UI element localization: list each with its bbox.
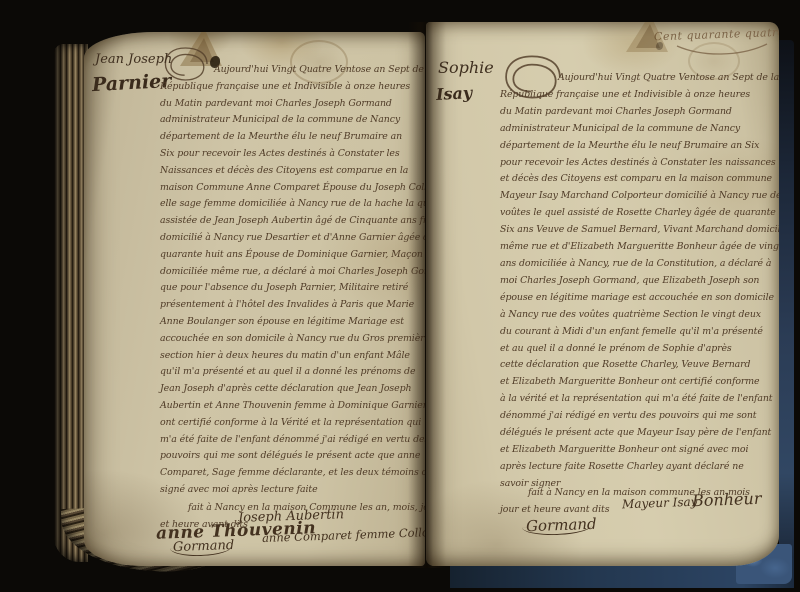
- handwritten-text-line: épouse en légitime mariage est accouchée…: [500, 290, 768, 307]
- handwritten-text-line: moi Charles Joseph Gormand, que Elizabet…: [500, 273, 768, 290]
- handwritten-text-line: République française une et Indivisible …: [500, 87, 768, 104]
- handwritten-text-line: signé avec moi après lecture faite: [160, 482, 425, 499]
- handwritten-text-line: et au quel il a donné le prénom de Sophi…: [500, 341, 768, 358]
- handwritten-text-line: section hier à deux heures du matin d'un…: [160, 348, 425, 365]
- handwritten-text-line: administrateur Municipal de la commune d…: [160, 112, 425, 129]
- handwritten-text-line: Six ans Veuve de Samuel Bernard, Vivant …: [500, 222, 768, 239]
- margin-family-name: Isay: [436, 83, 473, 104]
- handwritten-text-line: dénommé j'ai rédigé en vertu des pouvoir…: [500, 408, 768, 425]
- signature-bonheur: Bonheur: [692, 489, 762, 510]
- handwritten-text-line: après lecture faite Rosette Charley ayan…: [500, 459, 768, 476]
- handwritten-text-line: à la vérité et la représentation qui m'a…: [500, 391, 768, 408]
- manuscript-register-photo: Jean Joseph Parnier Aujourd'hui Vingt Qu…: [0, 0, 800, 592]
- handwritten-text-line: et décès des Citoyens est comparu en la …: [500, 171, 768, 188]
- folio-number: Cent quarante quatre: [654, 26, 779, 44]
- handwritten-text-line: Jean Joseph d'après cette déclaration qu…: [160, 381, 425, 398]
- handwritten-text-line: assistée de Jean Joseph Aubertin âgé de …: [160, 213, 425, 230]
- book-cover-edge-right: [779, 40, 794, 582]
- handwritten-text-line: Aubertin et Anne Thouvenin femme à Domin…: [160, 398, 425, 415]
- left-page: Jean Joseph Parnier Aujourd'hui Vingt Qu…: [84, 32, 425, 566]
- handwritten-text-line: elle sage femme domiciliée à Nancy rue d…: [160, 196, 425, 213]
- handwritten-text-line: ans domiciliée à Nancy, rue de la Consti…: [500, 256, 768, 273]
- handwritten-text-line: et Elizabeth Margueritte Bonheur ont cer…: [500, 374, 768, 391]
- margin-child-name-line1: Sophie: [438, 58, 494, 77]
- handwritten-text-line: que pour l'absence du Joseph Parnier, Mi…: [160, 280, 425, 297]
- signature-mayeur-isay: Mayeur Isay: [622, 495, 698, 512]
- handwritten-text-line: du Matin pardevant moi Charles Joseph Go…: [500, 104, 768, 121]
- handwritten-text-line: ont certifié conforme à la Vérité et la …: [160, 415, 425, 432]
- handwritten-text-line: m'a été faite de l'enfant dénommé j'ai r…: [160, 432, 425, 449]
- handwritten-text-line: département de la Meurthe élu le neuf Br…: [160, 129, 425, 146]
- handwritten-text-line: département de la Meurthe élu le neuf Br…: [500, 138, 768, 155]
- right-page: Cent quarante quatre Sophie Isay Aujourd…: [426, 22, 779, 566]
- handwritten-text-line: Mayeur Isay Marchand Colporteur domicili…: [500, 188, 768, 205]
- handwritten-text-line: voûtes le quel assisté de Rosette Charle…: [500, 205, 768, 222]
- handwritten-text-line: pouvoirs qui me sont délégués le présent…: [160, 448, 425, 465]
- handwritten-text-line: domicilié à Nancy rue Desartier et d'Ann…: [160, 230, 425, 247]
- handwritten-text-line: Comparet, Sage femme déclarante, et les …: [160, 465, 425, 482]
- handwritten-text-line: accouchée en son domicile à Nancy rue du…: [160, 331, 425, 348]
- handwritten-text-line: quarante huit ans Épouse de Dominique Ga…: [160, 247, 425, 264]
- page-stack-edge-left: [54, 44, 88, 562]
- handwritten-text-line: Aujourd'hui Vingt Quatre Ventose an Sept…: [500, 70, 768, 87]
- handwritten-text-line: du courant à Midi d'un enfant femelle qu…: [500, 324, 768, 341]
- handwritten-text-line: présentement à l'hôtel des Invalides à P…: [160, 297, 425, 314]
- handwritten-text-line: République française une et Indivisible …: [160, 79, 425, 96]
- handwritten-text-line: administrateur Municipal de la commune d…: [500, 121, 768, 138]
- handwritten-text-line: pour recevoir les Actes destinés à Const…: [500, 155, 768, 172]
- handwritten-text-line: cette déclaration que Rosette Charley, V…: [500, 357, 768, 374]
- handwritten-text-line: à Nancy rue des voûtes quatrième Section…: [500, 307, 768, 324]
- handwritten-text-line: maison Commune Anne Comparet Épouse du J…: [160, 180, 425, 197]
- signature-underline: [170, 546, 232, 557]
- handwritten-text-line: Naissances et décès des Citoyens est com…: [160, 163, 425, 180]
- handwritten-text-line: même rue et d'Elizabeth Margueritte Bonh…: [500, 239, 768, 256]
- handwritten-text-line: et Elizabeth Margueritte Bonheur ont sig…: [500, 442, 768, 459]
- handwritten-text-line: Aujourd'hui Vingt Quatre Ventose an Sept…: [160, 62, 425, 79]
- handwritten-text-line: Anne Boulanger son épouse en légitime Ma…: [160, 314, 425, 331]
- handwritten-text-line: qu'il m'a présenté et au quel il a donné…: [160, 364, 425, 381]
- handwritten-text-line: du Matin pardevant moi Charles Joseph Go…: [160, 96, 425, 113]
- handwritten-text-line: domiciliée même rue, a déclaré à moi Cha…: [160, 264, 425, 281]
- birth-act-text-right: Aujourd'hui Vingt Quatre Ventose an Sept…: [500, 70, 768, 493]
- handwritten-text-line: délégués le présent acte que Mayeur Isay…: [500, 425, 768, 442]
- handwritten-text-line: Six pour recevoir les Actes destinés à C…: [160, 146, 425, 163]
- tax-stamp-triangle: [626, 22, 668, 52]
- birth-act-text-left: Aujourd'hui Vingt Quatre Ventose an Sept…: [160, 62, 425, 499]
